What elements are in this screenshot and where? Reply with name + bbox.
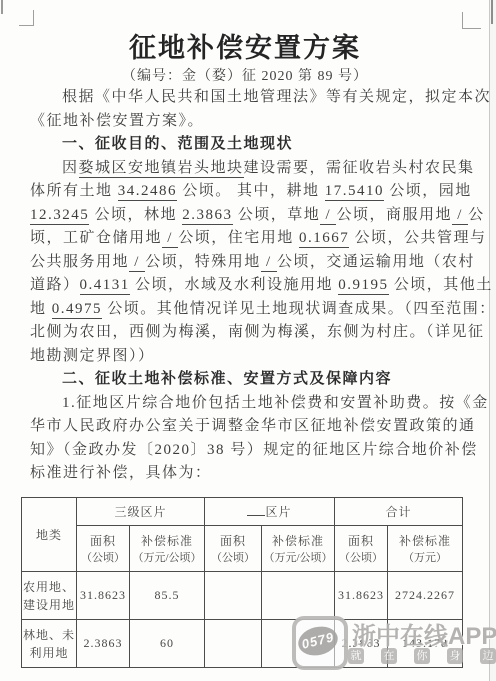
subheader-text: 补偿标准（万元） [389,532,461,565]
table-subheader: 面积（公顷） [77,526,130,572]
group-header-label: 三级区片 [114,505,166,519]
table-group-header: 三级区片 [77,498,205,526]
scanned-document-page: 征地补偿安置方案 （编号：金（婺）征 2020 第 89 号） 根据《中华人民共… [0,0,496,681]
underlined-value: 17.5410 [325,183,384,201]
row-label: 林地、未利用地 [23,626,75,662]
text-segment: 北侧为农田，西侧为梅溪，南侧为梅溪，东侧为村庄。（详见征 [30,324,485,340]
table-cell: 85.5 [130,572,205,620]
doc-text-line: 体所有土地 34.2486 公顷。 其中，耕地 17.5410 公顷，园地 [30,180,468,204]
table-subheader: 面积（公顷） [205,526,262,572]
scan-edge-artifact-right [491,0,493,24]
doc-text-line: 《征地补偿安置方案》。 [30,110,468,134]
underlined-value: 婺城区安地镇岩头地块 [79,160,244,178]
text-segment: 公共服务用地 [30,254,129,270]
text-segment: 公顷，草地 [233,207,321,223]
text-segment: 标准进行补偿，具体为： [30,465,212,481]
doc-text-line: 地 0.4975 公顷。其他情况详见土地现状调查成果。（四至范围： [30,298,468,322]
underlined-value: / [129,254,145,272]
subheader-text: 面积（公顷） [336,532,386,565]
subheader-text: 面积（公顷） [206,532,260,565]
doc-text-line: 华市人民政府办公室关于调整金华市区征地补偿安置政策的通 [30,415,468,439]
doc-text-line: 地勘测定界图）） [30,345,468,369]
text-segment: 公顷，其他土 [389,277,493,293]
text-segment: 公顷，水域及水利设施用地 [130,277,339,293]
table-cell: 31.8623 [335,572,388,620]
subheader-text: 补偿标准（万元/公顷） [131,532,203,565]
text-segment: 道路） [30,277,80,293]
underlined-value: 34.2486 [118,183,177,201]
text-segment: 公顷，特殊用地 [145,254,261,270]
text-segment: 公顷，林地 [89,207,182,223]
table-cell: 143.178 [388,620,463,668]
table-subheader: 补偿标准（万元/公顷） [262,526,335,572]
table-cell [262,620,335,668]
doc-text-line: 12.3245 公顷，林地 2.3863 公顷，草地 / 公顷，商服用地 / 公 [30,204,468,228]
table-group-header: 区片 [205,498,335,526]
table-cell: 2.3863 [335,620,388,668]
text-segment: 根据《中华人民共和国土地管理法》等有关规定，拟定本次 [62,89,491,105]
table-corner-header: 地类 [22,498,77,572]
document-body-text: 根据《中华人民共和国土地管理法》等有关规定，拟定本次《征地补偿安置方案》。一、征… [30,86,468,486]
table-cell: 60 [130,620,205,668]
text-segment: 公顷，园地 [384,183,472,199]
doc-text-line: 道路）0.4131 公顷，水域及水利设施用地 0.9195 公顷，其他土 [30,274,468,298]
compensation-table-grid: 地类三级区片区片合计面积（公顷）补偿标准（万元/公顷）面积（公顷）补偿标准（万元… [21,497,463,668]
doc-text-line: 1.征地区片综合地价包括土地补偿费和安置补助费。按《金 [30,392,468,416]
table-cell: 2724.2267 [388,572,463,620]
table-cell [205,572,262,620]
text-segment: 公顷。 其中，耕地 [177,183,325,199]
underlined-value: 0.4975 [52,301,102,319]
text-segment: 地勘测定界图）） [30,348,155,364]
section-heading-line: 二、征收土地补偿标准、安置方式及保障内容 [30,368,468,392]
underlined-value: 0.4131 [80,277,130,295]
text-segment: 建设需要，需征收岩头村农民集 [244,160,475,176]
text-segment: 体所有土地 [30,183,118,199]
subheader-text: 补偿标准（万元/公顷） [263,532,333,565]
underlined-value: 0.1667 [299,230,349,248]
table-group-header: 合计 [335,498,463,526]
text-segment: 《征地补偿安置方案》。 [30,113,204,129]
table-row-header: 农用地、建设用地 [22,572,77,620]
text-segment: 顷，工矿仓储用地 [30,230,162,246]
underlined-value: / [452,207,468,225]
text-segment: 公顷，公共管理与 [349,230,486,246]
table-subheader: 补偿标准（万元/公顷） [130,526,205,572]
blank-underline [247,503,265,516]
section-heading-line: 一、征收目的、范围及土地现状 [30,133,468,157]
table-row: 农用地、建设用地31.862385.531.86232724.2267 [22,572,463,620]
scan-edge-artifact-left [1,0,3,14]
text-segment: 公顷，商服用地 [336,207,452,223]
subheader-text: 面积（公顷） [78,532,128,565]
text-segment: 二、征收土地补偿标准、安置方式及保障内容 [62,371,392,387]
text-segment: 华市人民政府办公室关于调整金华市区征地补偿安置政策的通 [30,418,476,434]
table-subheader: 面积（公顷） [335,526,388,572]
table-row: 林地、未利用地2.3863602.3863143.178 [22,620,463,668]
table-cell: 31.8623 [77,572,130,620]
table-subheader: 补偿标准（万元） [388,526,463,572]
doc-text-line: 因婺城区安地镇岩头地块建设需要，需征收岩头村农民集 [30,157,468,181]
text-segment: 因 [62,160,79,176]
compensation-table: 地类三级区片区片合计面积（公顷）补偿标准（万元/公顷）面积（公顷）补偿标准（万元… [21,497,463,668]
underlined-value: 12.3245 [30,207,89,225]
margin-crop-mark-top-left [19,10,34,26]
table-row-header: 林地、未利用地 [22,620,77,668]
doc-text-line: 根据《中华人民共和国土地管理法》等有关规定，拟定本次 [30,86,468,110]
document-number-subtitle: （编号：金（婺）征 2020 第 89 号） [0,65,490,85]
row-label: 农用地、建设用地 [23,578,75,614]
table-cell [205,620,262,668]
doc-text-line: 顷，工矿仓储用地 / 公顷，住宅用地 0.1667 公顷，公共管理与 [30,227,468,251]
doc-text-line: 北侧为农田，西侧为梅溪，南侧为梅溪，东侧为村庄。（详见征 [30,321,468,345]
text-segment: 一、征收目的、范围及土地现状 [62,136,293,152]
underlined-value: 2.3863 [182,207,232,225]
underlined-value: / [261,254,277,272]
text-segment: 1.征地区片综合地价包括土地补偿费和安置补助费。按《金 [62,395,489,411]
text-segment: 公顷，交通运输用地（农村 [277,254,475,270]
doc-text-line: 公共服务用地 / 公顷，特殊用地 / 公顷，交通运输用地（农村 [30,251,468,275]
table-cell [262,572,335,620]
text-segment: 知》（金政办发〔2020〕38 号）规定的征地区片综合地价补偿 [30,442,478,458]
underlined-value: / [162,230,178,248]
underlined-value: / [320,207,336,225]
doc-text-line: 标准进行补偿，具体为： [30,462,468,486]
text-segment: 公顷，住宅用地 [178,230,299,246]
text-segment: 地 [30,301,52,317]
doc-text-line: 知》（金政办发〔2020〕38 号）规定的征地区片综合地价补偿 [30,439,468,463]
text-segment: 公顷。其他情况详见土地现状调查成果。（四至范围： [102,301,496,317]
table-cell: 2.3863 [77,620,130,668]
underlined-value: 0.9195 [338,277,388,295]
group-header-label: 区片 [247,505,291,519]
document-title: 征地补偿安置方案 [0,26,490,65]
group-header-label: 合计 [385,505,411,519]
text-segment: 公 [468,207,485,223]
